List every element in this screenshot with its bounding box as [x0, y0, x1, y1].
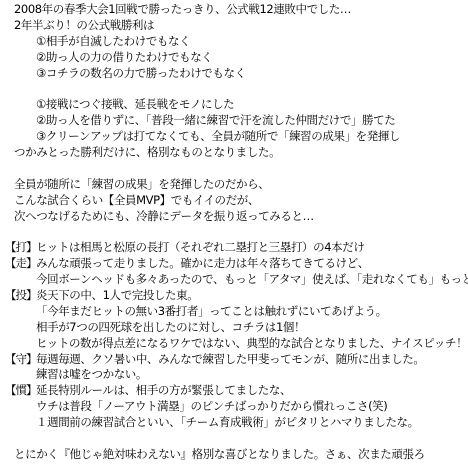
intro-line: 2年半ぶり！の公式戦勝利は: [0, 18, 468, 34]
not-point: ①相手が自滅したわけでもなく: [0, 34, 468, 50]
review-running: 【走】 みんな頑張って走りました。確かに走力は年々落ちてきてるけど、: [0, 256, 468, 272]
reason-point: ②助っ人を借りずに、「普段一緒に練習で汗を流した仲間だけで」勝てた: [0, 113, 468, 129]
review-tag: 【走】: [5, 256, 36, 272]
review-text: ヒットは相馬と松原の長打（それぞれ二塁打と三塁打）の4本だけ: [36, 240, 364, 256]
review-tag: 【打】: [5, 240, 36, 256]
review-text: 今回ボーンヘッドも多々あったので、もっと「アタマ」使えば、「走れなくても」もっと…: [0, 272, 468, 288]
review-text: 毎週毎週、クソ暑い中、みんなで練習した甲斐ってモンが、随所に出ました。: [36, 352, 425, 368]
mvp-line: 全員が随所に「練習の成果」を発揮したのだから、: [0, 177, 468, 193]
review-defense: 【守】 毎週毎週、クソ暑い中、みんなで練習した甲斐ってモンが、随所に出ました。: [0, 352, 468, 368]
spacer: [0, 161, 468, 177]
review-pitching: 【投】 炎天下の中、1人で完投した東。: [0, 288, 468, 304]
review-text: ウチは普段「ノーアウト満塁」のピンチばっかりだから慣れっこさ(笑): [0, 399, 468, 415]
closing-line: とにかく『他じゃ絶対味わえない』格別な喜びとなりました。さぁ、次また頑張ろ: [0, 447, 468, 463]
review-text: ヒットの数が得点差になるワケではない、典型的な試合となりました、ナイスピッチ！: [0, 336, 468, 352]
spacer: [0, 224, 468, 240]
article-body: 2008年の春季大会1回戦で勝ったっきり、公式戦12連敗中でした… 2年半ぶり！…: [0, 0, 468, 463]
review-text: みんな頑張って走りました。確かに走力は年々落ちてきてるけど、: [36, 256, 369, 272]
review-text: １週間前の練習試合といい、「チーム育成戦術」がピタリとハマりましたな。: [0, 415, 468, 431]
review-tag: 【慣】: [5, 383, 36, 399]
review-text: 「今年まだヒットの無い3番打者」ってことは触れずにいてあげよう。: [0, 304, 468, 320]
review-tag: 【投】: [5, 288, 36, 304]
review-text: 延長特別ルールは、相手の方が緊張してましたな、: [36, 383, 291, 399]
review-experience: 【慣】 延長特別ルールは、相手の方が緊張してましたな、: [0, 383, 468, 399]
mvp-line: こんな試合くらい【全員MVP】でもイイのだが、: [0, 193, 468, 209]
review-text: 相手が7つの四死球を出したのに対し、コチラは1個！: [0, 320, 468, 336]
spacer: [0, 81, 468, 97]
reason-point: ③クリーンアップは打てなくても、全員が随所で「練習の成果」を発揮し: [0, 129, 468, 145]
intro-line: 2008年の春季大会1回戦で勝ったっきり、公式戦12連敗中でした…: [0, 2, 468, 18]
spacer: [0, 431, 468, 447]
review-tag: 【守】: [5, 352, 36, 368]
review-batting: 【打】 ヒットは相馬と松原の長打（それぞれ二塁打と三塁打）の4本だけ: [0, 240, 468, 256]
review-text: 練習は嘘をつかない。: [0, 367, 468, 383]
not-point: ③コチラの数名の力で勝ったわけでもなく: [0, 66, 468, 82]
review-text: 炎天下の中、1人で完投した東。: [36, 288, 198, 304]
not-point: ②助っ人の力の借りたわけでもなく: [0, 50, 468, 66]
reason-point: ①接戦につぐ接戦、延長戦をモノにした: [0, 97, 468, 113]
mvp-line: 次へつなげるためにも、冷静にデータを振り返ってみると…: [0, 209, 468, 225]
reason-conclusion: つかみとった勝利だけに、格別なものとなりました。: [0, 145, 468, 161]
